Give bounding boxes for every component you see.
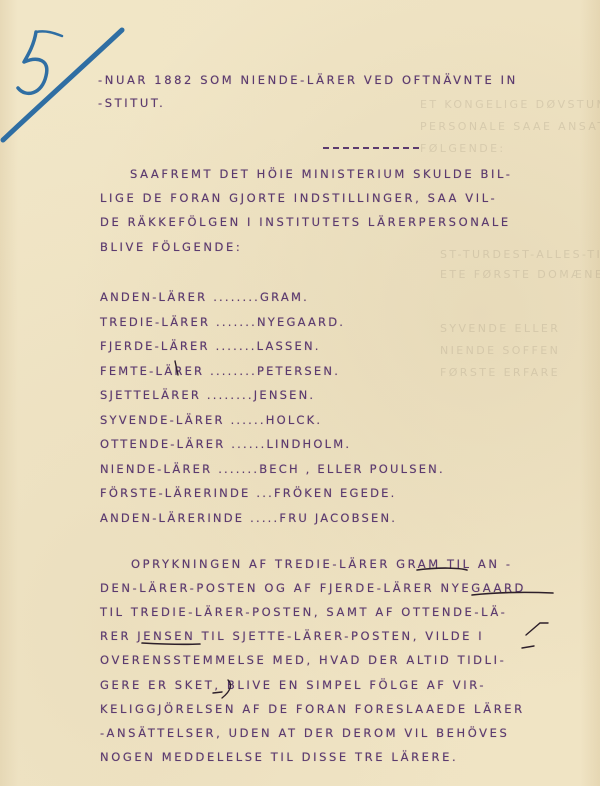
staff-name: BECH , ELLER POULSEN. [259,462,445,476]
leader-dots: ...... [231,437,266,451]
staff-list-row: SJETTELÄRER ........JENSEN. [100,388,315,402]
staff-role: SYVENDE-LÄRER [100,413,225,427]
staff-list-row: NIENDE-LÄRER .......BECH , ELLER POULSEN… [100,462,445,476]
paragraph-2-line: GERE ER SKET, BLIVE EN SIMPEL FÖLGE AF V… [100,678,486,692]
bleed-through-text: NIENDE SOFFEN [440,344,560,357]
staff-name: LASSEN. [257,339,321,353]
staff-list-row: ANDEN-LÄRERINDE .....FRU JACOBSEN. [100,511,397,525]
paragraph-2-line: KELIGGJÖRELSEN AF DE FORAN FORESLAAEDE L… [100,702,525,716]
staff-name: LINDHOLM. [266,437,351,451]
staff-name: FRU JACOBSEN. [279,511,397,525]
staff-role: TREDIE-LÄRER [100,315,210,329]
paragraph-2-line: OPRYKNINGEN AF TREDIE-LÄRER GRAM TIL AN … [131,557,513,571]
bleed-through-text: ST-TURDEST-ALLES-TILLS-KETSEMRIC [440,248,600,261]
section-divider [323,147,419,149]
leader-dots: ...... [231,413,266,427]
staff-list-row: ANDEN-LÄRER ........GRAM. [100,290,309,304]
paragraph-2-line: OVERENSSTEMMELSE MED, HVAD DER ALTID TID… [100,653,506,667]
bleed-through-text: ET KONGELIGE DØVSTUMME-INSTITUT I [420,98,600,111]
bleed-through-text: PERSONALE SAAE ANSAT I HOVEDSAGEN [420,120,600,133]
paragraph-2-line: DEN-LÄRER-POSTEN OG AF FJERDE-LÄRER NYEG… [100,581,526,595]
leader-dots: ..... [250,511,279,525]
staff-name: JENSEN. [254,388,315,402]
leader-dots: ... [256,486,274,500]
staff-name: HOLCK. [266,413,323,427]
bleed-through-text: FØLGENDE: [420,142,506,155]
intro-line: -NUAR 1882 SOM NIENDE-LÄRER VED OFTNÄVNT… [98,73,518,87]
document-page: ET KONGELIGE DØVSTUMME-INSTITUT I PERSON… [0,0,600,786]
staff-role: NIENDE-LÄRER [100,462,212,476]
leader-dots: ........ [210,364,257,378]
staff-name: GRAM. [260,290,309,304]
leader-dots: ....... [216,315,257,329]
paragraph-2-line: RER JENSEN TIL SJETTE-LÄRER-POSTEN, VILD… [100,629,484,643]
staff-role: FÖRSTE-LÄRERINDE [100,486,251,500]
staff-list-row: FEMTE-LÄRER ........PETERSEN. [100,364,340,378]
staff-list-row: OTTENDE-LÄRER ......LINDHOLM. [100,437,351,451]
leader-dots: ........ [213,290,260,304]
staff-role: ANDEN-LÄRER [100,290,207,304]
paragraph-2-line: -ANSÄTTELSER, UDEN AT DER DEROM VIL BEHÖ… [100,726,509,740]
staff-list-row: SYVENDE-LÄRER ......HOLCK. [100,413,322,427]
paragraph-2-line: TIL TREDIE-LÄRER-POSTEN, SAMT AF OTTENDE… [100,605,507,619]
staff-list-row: FÖRSTE-LÄRERINDE ...FRÖKEN EGEDE. [100,486,396,500]
staff-role: OTTENDE-LÄRER [100,437,225,451]
paragraph-1-line: BLIVE FÖLGENDE: [100,240,242,254]
paragraph-1-line: DE RÄKKEFÖLGEN I INSTITUTETS LÄRERPERSON… [100,215,511,229]
paragraph-1-line: SAAFREMT DET HÖIE MINISTERIUM SKULDE BIL… [130,167,513,181]
staff-role: FJERDE-LÄRER [100,339,210,353]
staff-name: PETERSEN. [257,364,340,378]
staff-role: FEMTE-LÄRER [100,364,204,378]
staff-name: FRÖKEN EGEDE. [274,486,397,500]
bleed-through-text: FØRSTE ERFARE [440,366,560,379]
leader-dots: ....... [218,462,259,476]
staff-role: SJETTELÄRER [100,388,201,402]
staff-role: ANDEN-LÄRERINDE [100,511,244,525]
paragraph-1-line: LIGE DE FORAN GJORTE INDSTILLINGER, SAA … [100,191,497,205]
staff-list-row: TREDIE-LÄRER .......NYEGAARD. [100,315,345,329]
leader-dots: ....... [216,339,257,353]
staff-name: NYEGAARD. [257,315,345,329]
intro-line: -STITUT. [98,96,165,110]
leader-dots: ........ [207,388,254,402]
staff-list-row: FJERDE-LÄRER .......LASSEN. [100,339,321,353]
bleed-through-text: ETE FØRSTE DOMÆNE [440,268,600,281]
bleed-through-text: SYVENDE ELLER [440,322,560,335]
paragraph-2-line: NOGEN MEDDELELSE TIL DISSE TRE LÄRERE. [100,750,458,764]
